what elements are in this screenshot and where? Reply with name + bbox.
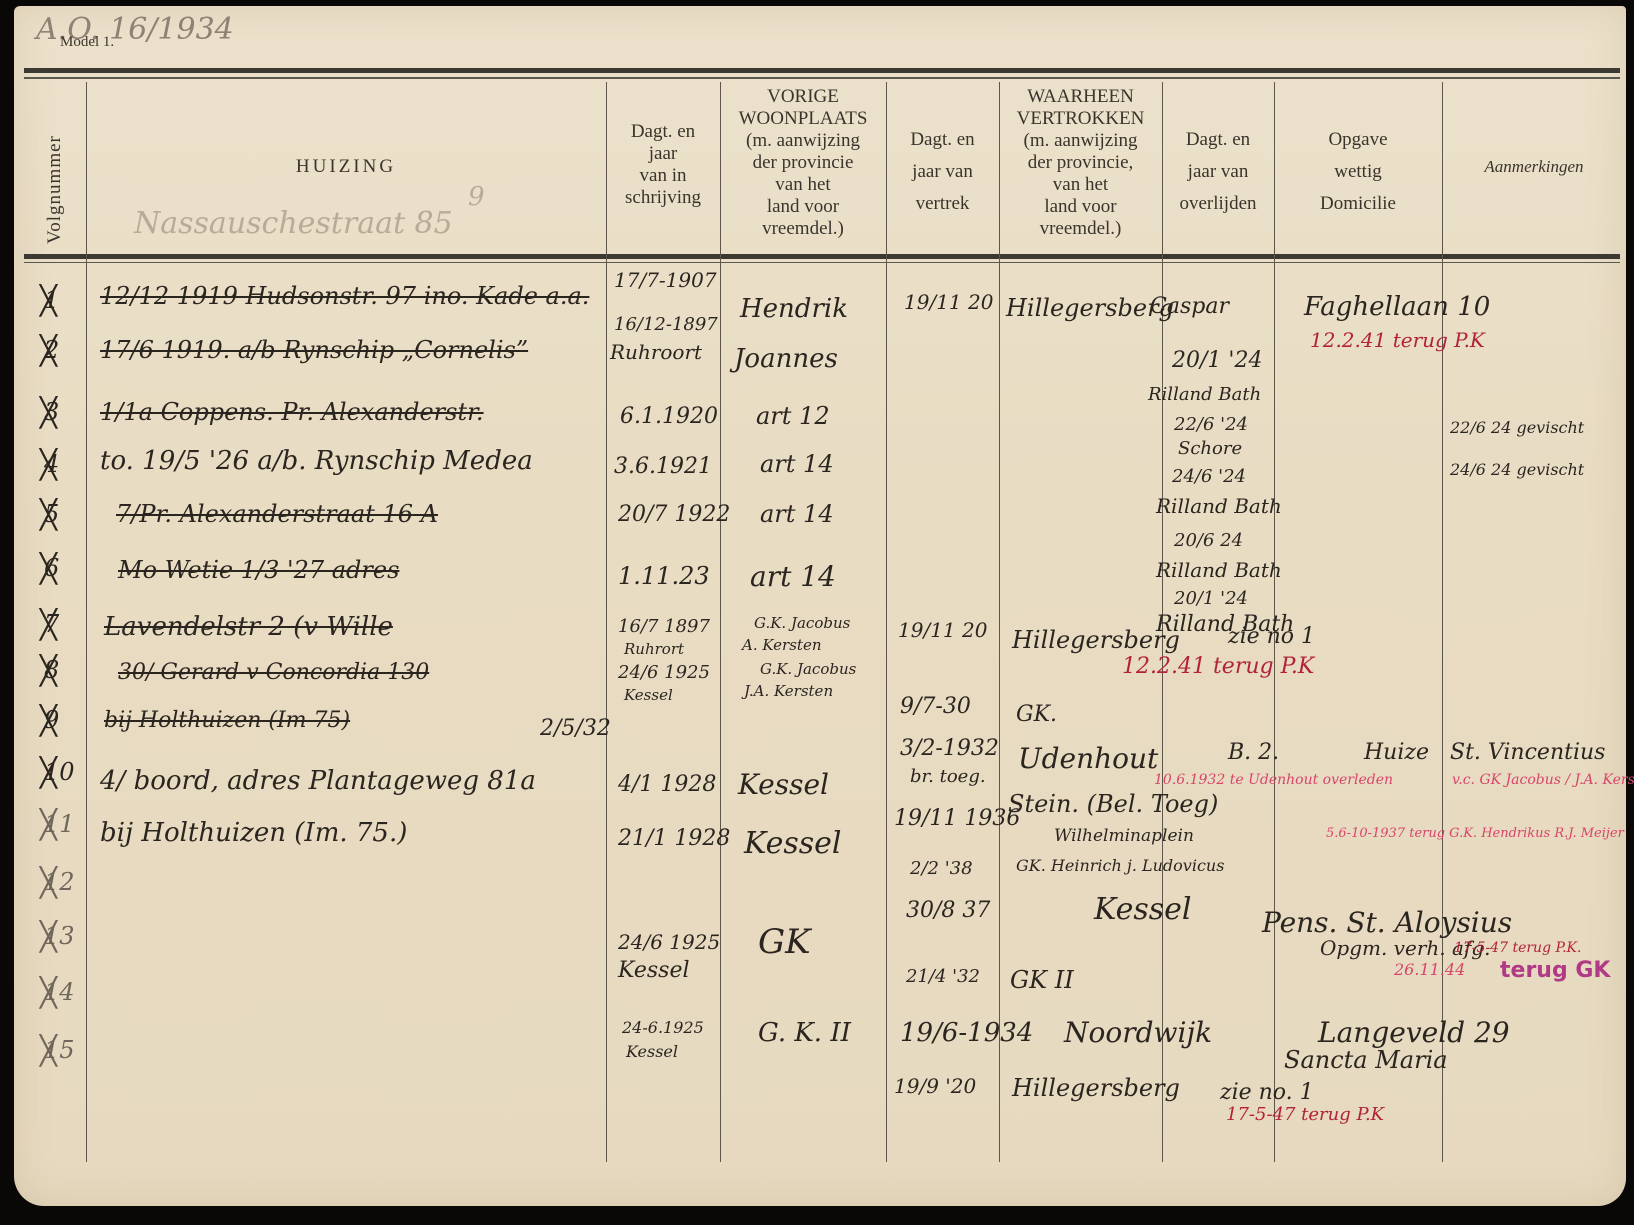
column-divider [720,82,721,1162]
red-annotation: 17-5-47 terug P.K [1226,1104,1384,1125]
header-line: WOONPLAATS [720,108,886,130]
header-line: land voor [999,196,1162,218]
waarheen-entry: Wilhelminaplein [1054,826,1194,846]
header-line: vertrek [886,188,999,220]
overlijden-entry: Rilland Bath [1156,494,1282,518]
header-line: van het [999,174,1162,196]
waarheen-entry: Hillegersberg [1012,1074,1180,1102]
header-bottom-rule-thin [24,262,1620,263]
inschrijving-entry: 1.11.23 [618,562,710,590]
inschrijving-entry: Ruhrort [624,640,684,658]
huizing-entry: 1/1a Coppens. Pr. Alexanderstr. [100,398,484,426]
header-line: vreemdel.) [999,218,1162,240]
column-divider [886,82,887,1162]
huizing-entry: 7/Pr. Alexanderstraat 16 A [116,500,438,528]
header-line: Opgave [1274,124,1442,156]
inschrijving-entry: 6.1.1920 [620,404,718,429]
vorige-woonplaats-entry: G.K. Jacobus [760,660,856,678]
vertrek-entry: 19/11 1936 [894,806,1020,831]
inschrijving-entry: Kessel [624,686,673,704]
row-number: 11╳ [44,810,75,838]
huizing-side-date: 2/5/32 [540,716,611,741]
overlijden-entry: 20/1 '24 [1172,348,1262,373]
header-line: van het [720,174,886,196]
header-line: Domicilie [1274,188,1442,220]
vorige-woonplaats-entry: art 12 [756,402,830,430]
register-card: A.O. 16/1934 Model 1. Volgnummer HUIZING… [14,6,1626,1206]
red-annotation: 10.6.1932 te Udenhout overleden [1154,772,1393,788]
waarheen-entry: Hillegersberg [1006,294,1174,322]
header-line: der provincie [720,152,886,174]
faint-address-suffix: 9 [468,182,485,212]
vertrek-entry: 2/2 '38 [910,858,973,879]
inschrijving-entry: Kessel [618,958,690,983]
inschrijving-entry: 16/12-1897 [614,314,718,335]
column-divider [606,82,607,1162]
vorige-woonplaats-entry: A. Kersten [742,636,821,654]
header-huizing: HUIZING [86,156,606,178]
header-vertrek: Dagt. en jaar van vertrek [886,124,999,220]
inschrijving-entry: 4/1 1928 [618,772,716,797]
overlijden-entry: Rilland Bath [1148,384,1261,405]
red-annotation: v.c. GK Jacobus / J.A. Kersten [1452,772,1634,788]
row-number: 7╳ [44,610,59,638]
red-annotation: 5.6-10-1937 terug G.K. Hendrikus R.J. Me… [1326,826,1624,841]
huizing-entry: Lavendelstr 2 (v Wille [104,612,393,642]
inschrijving-entry: 3.6.1921 [614,454,712,479]
huizing-entry: Mo Wetie 1/3 '27 adres [118,556,399,584]
vorige-woonplaats-entry: art 14 [760,450,834,478]
huizing-entry: 12/12 1919 Hudsonstr. 97 ino. Kade a.a. [100,282,589,310]
header-aanmerkingen: Aanmerkingen [1442,156,1626,178]
waarheen-entry: Kessel [1094,892,1192,927]
header-line: vreemdel.) [720,218,886,240]
inschrijving-entry: 24-6.1925 [622,1018,704,1037]
vorige-woonplaats-entry: Hendrik [740,294,848,324]
overlijden-entry: zie no 1 [1228,624,1315,649]
header-line: overlijden [1162,188,1274,220]
vorige-woonplaats-entry: GK [758,922,811,962]
domicilie-entry: Huize [1364,740,1429,765]
header-overlijden: Dagt. en jaar van overlijden [1162,124,1274,220]
red-annotation: 26.11.44 [1394,960,1465,979]
header-line: jaar van [886,156,999,188]
row-number: 1╳ [44,286,59,314]
vorige-woonplaats-entry: Kessel [744,826,842,861]
waarheen-entry: GK II [1010,966,1074,994]
header-top-rule-thin [24,77,1620,79]
overlijden-entry: 20/6 24 [1174,530,1243,551]
inschrijving-entry: Ruhroort [610,340,702,364]
inschrijving-entry: 17/7-1907 [614,268,717,292]
inschrijving-entry: Kessel [626,1042,678,1061]
header-vorige-woonplaats: VORIGE WOONPLAATS (m. aanwijzing der pro… [720,86,886,240]
huizing-entry: bij Holthuizen (Im. 75.) [100,818,407,848]
inschrijving-entry: 20/7 1922 [618,502,730,527]
vorige-woonplaats-entry: G. K. II [758,1018,851,1048]
column-divider [86,82,87,1162]
inschrijving-entry: 21/1 1928 [618,826,730,851]
header-line: van in [606,165,720,187]
row-number: 2╳ [44,336,59,364]
waarheen-entry: GK. [1016,702,1057,727]
aanmerkingen-entry: 22/6 24 gevischt [1450,418,1584,437]
header-bottom-rule [24,254,1620,259]
header-line: (m. aanwijzing [720,130,886,152]
aanmerkingen-entry: 24/6 24 gevischt [1450,460,1584,479]
header-line: VERTROKKEN [999,108,1162,130]
header-line: jaar van [1162,156,1274,188]
vorige-woonplaats-entry: Kessel [738,768,829,801]
inschrijving-entry: 24/6 1925 [618,930,720,954]
huizing-entry: bij Holthuizen (Im 75) [104,708,350,733]
vertrek-entry: br. toeg. [910,766,986,787]
vorige-woonplaats-entry: J.A. Kersten [744,682,833,700]
row-number: 10╳ [44,758,75,786]
header-line: WAARHEEN [999,86,1162,108]
header-waarheen-vertrokken: WAARHEEN VERTROKKEN (m. aanwijzing der p… [999,86,1162,240]
overlijden-entry: Schore [1178,438,1242,459]
model-label: Model 1. [60,34,114,51]
domicilie-entry: Faghellaan 10 [1304,292,1490,322]
overlijden-entry: 22/6 '24 [1174,414,1248,435]
header-line: VORIGE [720,86,886,108]
overlijden-entry: zie no. 1 [1220,1080,1314,1105]
domicilie-entry: Sancta Maria [1284,1046,1448,1074]
header-line: wettig [1274,156,1442,188]
waarheen-entry: Udenhout [1018,742,1158,775]
header-line: Dagt. en [886,124,999,156]
overlijden-entry: 20/1 '24 [1174,588,1248,609]
header-volgnummer: Volgnummer [44,135,66,244]
vorige-woonplaats-entry: art 14 [750,560,836,593]
row-number: 5╳ [44,500,59,528]
header-line: Dagt. en [606,121,720,143]
overlijden-entry: Caspar [1150,294,1229,319]
header-line: land voor [720,196,886,218]
domicilie-entry: Langeveld 29 [1318,1016,1510,1049]
vertrek-entry: 19/11 20 [898,618,987,642]
column-divider [1442,82,1443,1162]
vertrek-entry: 21/4 '32 [906,966,980,987]
row-number: 12╳ [44,868,75,896]
row-number: 3╳ [44,398,59,426]
waarheen-entry: GK. Heinrich j. Ludovicus [1016,856,1224,875]
vertrek-entry: 30/8 37 [906,898,990,923]
red-annotation: 17-5-47 terug P.K. [1454,940,1581,956]
row-number: 15╳ [44,1036,75,1064]
column-divider [999,82,1000,1162]
overlijden-entry: B. 2. [1228,740,1279,765]
waarheen-entry: Stein. (Bel. Toeg) [1008,790,1218,818]
vertrek-entry: 3/2-1932 [900,736,999,761]
terug-gk-stamp: terug GK [1500,958,1610,983]
red-annotation: 12.2.41 terug P.K [1122,654,1314,679]
header-line: der provincie, [999,152,1162,174]
header-domicilie: Opgave wettig Domicilie [1274,124,1442,220]
header-line: Dagt. en [1162,124,1274,156]
header-line: (m. aanwijzing [999,130,1162,152]
inschrijving-entry: 16/7 1897 [618,616,710,637]
waarheen-entry: Noordwijk [1064,1016,1212,1049]
huizing-entry: 30/ Gerard v Concordia 130 [118,660,429,685]
inschrijving-entry: 24/6 1925 [618,662,710,683]
red-annotation: 12.2.41 terug P.K [1310,328,1485,352]
vertrek-entry: 19/9 '20 [894,1074,976,1098]
overlijden-entry: Rilland Bath [1156,558,1282,582]
huizing-entry: 4/ boord, adres Plantageweg 81a [100,766,536,796]
waarheen-entry: Hillegersberg [1012,626,1180,654]
vorige-woonplaats-entry: art 14 [760,500,834,528]
domicilie-entry: Pens. St. Aloysius [1262,906,1512,939]
header-line: schrijving [606,187,720,209]
vorige-woonplaats-entry: G.K. Jacobus [754,614,850,632]
header-line: jaar [606,143,720,165]
row-number: 8╳ [44,656,59,684]
row-number: 13╳ [44,922,75,950]
row-number: 4╳ [44,450,59,478]
aanmerkingen-entry: St. Vincentius [1450,740,1605,765]
header-top-rule [24,68,1620,73]
huizing-entry: 17/6 1919. a/b Rynschip „Cornelis” [100,336,528,364]
vertrek-entry: 9/7-30 [900,694,971,719]
row-number: 14╳ [44,978,75,1006]
vorige-woonplaats-entry: Joannes [734,344,838,374]
row-number: 6╳ [44,554,59,582]
header-inschrijving: Dagt. en jaar van in schrijving [606,121,720,209]
faint-address-note: Nassauschestraat 85 [134,206,453,241]
vertrek-entry: 19/11 20 [904,290,993,314]
overlijden-entry: 24/6 '24 [1172,466,1246,487]
row-number: 9╳ [44,706,59,734]
vertrek-entry: 19/6-1934 [900,1018,1033,1048]
huizing-entry: to. 19/5 '26 a/b. Rynschip Medea [100,446,533,476]
